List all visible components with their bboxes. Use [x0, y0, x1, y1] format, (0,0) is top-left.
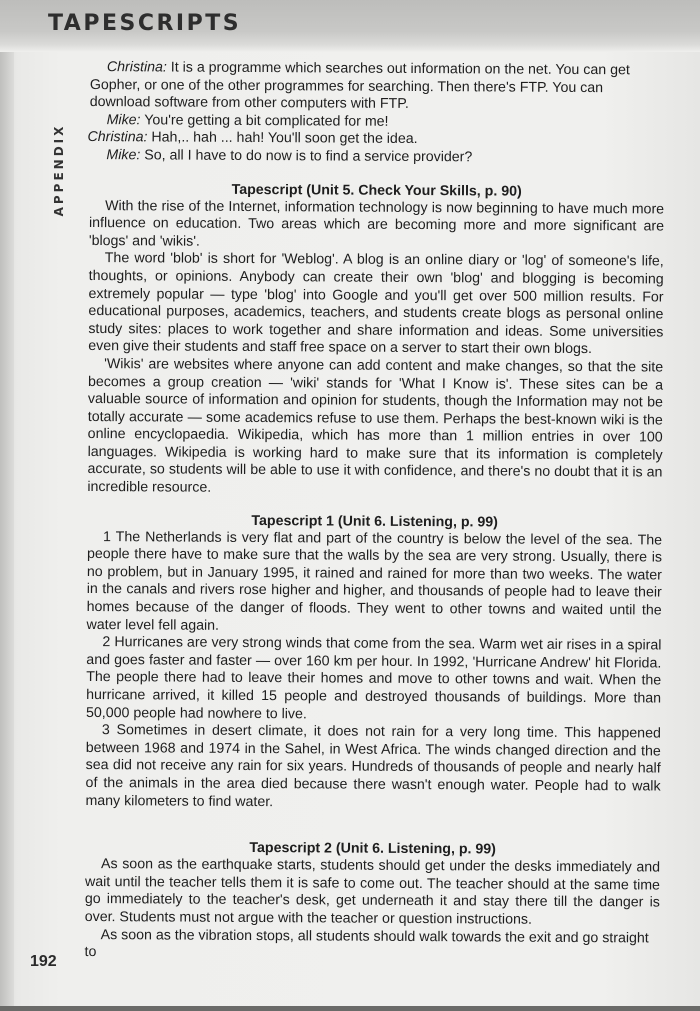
dialog-text: You're getting a bit complicated for me! [140, 112, 388, 130]
paragraph: As soon as the vibration stops, all stud… [84, 927, 659, 966]
paragraph: The word 'blob' is short for 'Weblog'. A… [88, 250, 664, 359]
speaker-name: Christina: [107, 59, 167, 75]
dialog-block: Christina: It is a programme which searc… [89, 59, 665, 168]
header-band: TAPESCRIPTS [0, 0, 700, 52]
book-spine-shadow [0, 0, 14, 1011]
dialog-line: Mike: So, all I have to do now is to fin… [89, 147, 664, 168]
speaker-name: Mike: [107, 112, 141, 128]
page-content: Christina: It is a programme which searc… [84, 59, 665, 965]
dialog-line: Christina: It is a programme which searc… [90, 59, 665, 115]
speaker-name: Christina: [87, 129, 147, 145]
paragraph: 'Wikis' are websites where anyone can ad… [87, 356, 663, 500]
section-unit6-tapescript-1: Tapescript 1 (Unit 6. Listening, p. 99) … [85, 511, 662, 814]
paragraph: With the rise of the Internet, informati… [89, 198, 664, 254]
dialog-text: It is a programme which searches out inf… [90, 59, 630, 112]
page-number: 192 [30, 953, 57, 971]
paragraph: 2 Hurricanes are very strong winds that … [86, 634, 662, 725]
appendix-side-label: APPENDIX [52, 124, 66, 217]
scanned-page: TAPESCRIPTS APPENDIX Christina: It is a … [0, 0, 700, 1011]
dialog-text: So, all I have to do now is to find a se… [140, 147, 472, 165]
speaker-name: Mike: [106, 147, 140, 163]
dialog-text: Hah,.. hah ... hah! You'll soon get the … [147, 130, 417, 148]
paragraph: As soon as the earthquake starts, studen… [85, 856, 660, 930]
page-header-title: TAPESCRIPTS [48, 11, 241, 36]
paragraph: 3 Sometimes in desert climate, it does n… [85, 722, 661, 813]
page-bottom-edge [0, 1006, 700, 1011]
paragraph: 1 The Netherlands is very flat and part … [86, 529, 662, 638]
section-unit5-check-skills: Tapescript (Unit 5. Check Your Skills, p… [87, 180, 664, 501]
section-unit6-tapescript-2: Tapescript 2 (Unit 6. Listening, p. 99) … [84, 838, 660, 965]
